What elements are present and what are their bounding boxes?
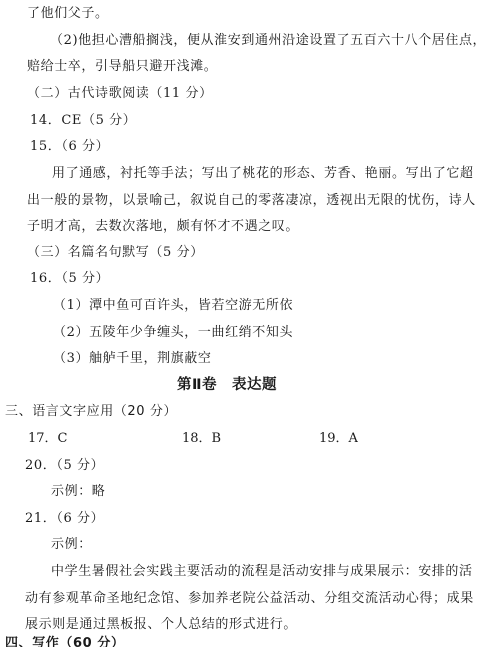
question-17-answer: 17．C [28,431,68,447]
part-title: 第Ⅱ卷 表达题 [177,377,277,393]
answer-text-line: （2）五陵年少争缠头，一曲红绡不知头 [53,325,293,341]
answer-text-line: 出一般的景物，以景喻己，叙说自己的零落凄凉，透视出无限的忧伤，诗人 [27,193,476,209]
answer-text-line: 用了通感，衬托等手法；写出了桃花的形态、芳香、艳丽。写出了它超 [52,166,474,182]
section-heading: 三、语言文字应用（20 分） [5,404,177,420]
question-19-answer: 19．A [319,431,358,447]
answer-text-line: 示例：略 [51,484,105,500]
question-20-label: 20．（5 分） [25,458,104,474]
question-21-label: 21．（6 分） [25,511,104,527]
section-heading: （二）古代诗歌阅读（11 分） [27,86,213,102]
question-16-label: 16．（5 分） [30,271,109,287]
section-heading: （三）名篇名句默写（5 分） [27,245,204,261]
question-15-label: 15．（6 分） [30,139,109,155]
answer-text-line: （3）舳舻千里，荆旗蔽空 [53,351,211,367]
answer-text-line: 动有参观革命圣地纪念馆、参加养老院公益活动、分组交流活动心得；成果 [25,591,474,607]
answer-text-line: 中学生暑假社会实践主要活动的流程是活动安排与成果展示：安排的活 [51,564,473,580]
answer-text-line: （2)他担心漕船搁浅，便从淮安到通州沿途设置了五百六十八个居住点， [50,33,477,49]
section-heading: 四、写作（60 分） [5,636,125,647]
answer-text-line: （1）潭中鱼可百许头，皆若空游无所依 [53,298,293,314]
question-14-answer: 14．CE（5 分） [30,113,136,129]
answer-text-line: 展示则是通过黑板报、个人总结的形式进行。 [25,617,297,633]
answer-text-line: 赔给士卒，引导船只避开浅滩。 [27,59,217,75]
answer-text-line: 示例： [51,537,92,553]
question-18-answer: 18．B [182,431,221,447]
answer-text-line: 子明才高，去数次落地，颇有怀才不遇之叹。 [27,219,299,235]
answer-text-line: 了他们父子。 [27,6,109,22]
